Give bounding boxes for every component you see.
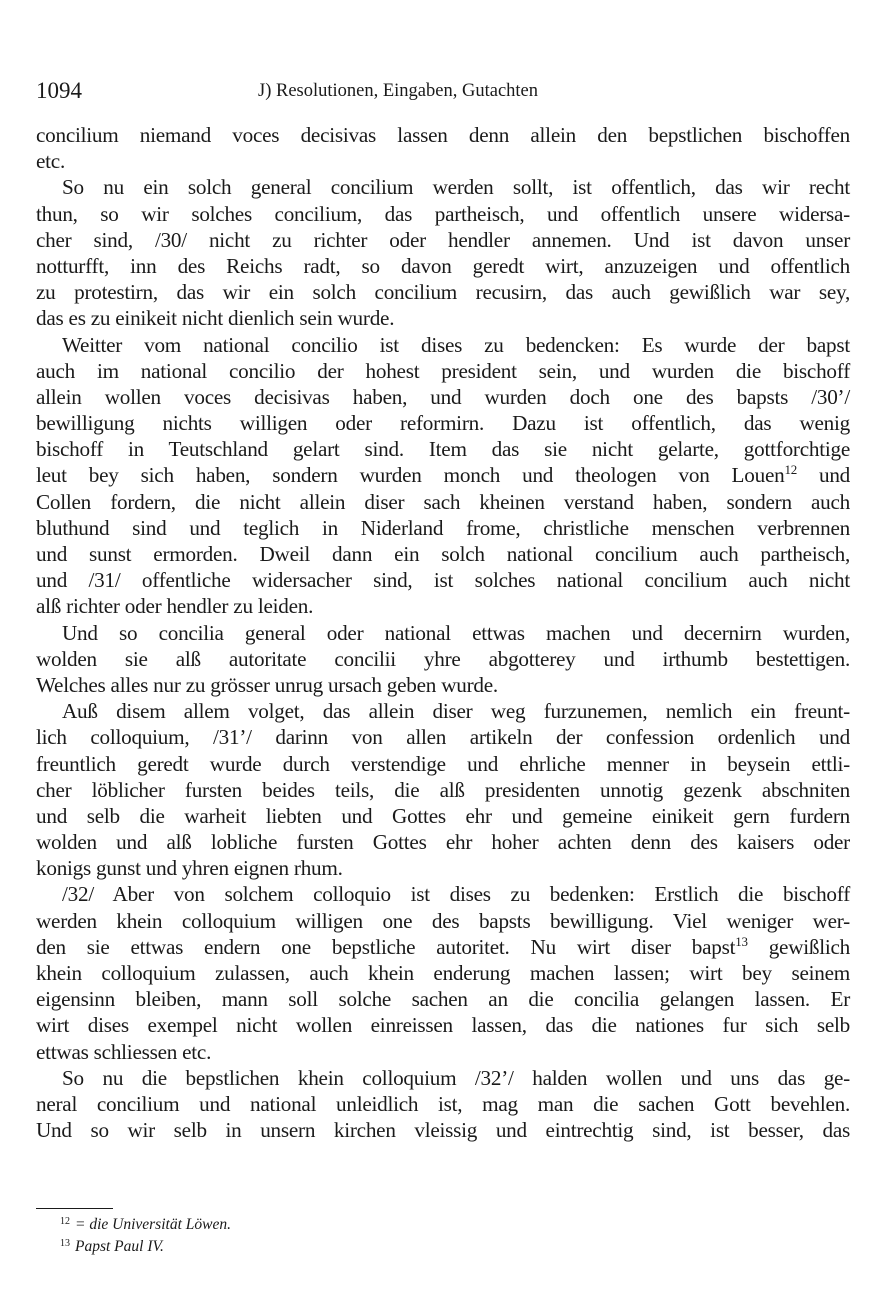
- text-line: leut bey sich haben, sondern wurden monc…: [36, 462, 850, 488]
- text-line: bewilligung nichts willigen oder reformi…: [36, 410, 850, 436]
- text-line: thun, so wir solches concilium, das part…: [36, 201, 850, 227]
- line-text: und /31/ offentliche widersacher sind, i…: [36, 568, 850, 592]
- text-line: Collen fordern, die nicht allein diser s…: [36, 489, 850, 515]
- line-text-after: gewißlich: [748, 935, 850, 959]
- line-text: Collen fordern, die nicht allein diser s…: [36, 490, 850, 514]
- line-text: So nu die bepstlichen khein colloquium /…: [62, 1066, 850, 1090]
- text-line: Auß disem allem volget, das allein diser…: [36, 698, 850, 724]
- text-line: eigensinn bleiben, mann soll solche sach…: [36, 986, 850, 1012]
- text-line: concilium niemand voces decisivas lassen…: [36, 122, 850, 148]
- running-head: 1094 J) Resolutionen, Eingaben, Gutachte…: [36, 78, 856, 106]
- text-line: zu protestirn, das wir ein solch concili…: [36, 279, 850, 305]
- text-line: wirt dises exempel nicht wollen einreiss…: [36, 1012, 850, 1038]
- line-text: das es zu einikeit nicht dienlich sein w…: [36, 306, 394, 330]
- text-line: Welches alles nur zu grösser unrug ursac…: [36, 672, 850, 698]
- line-text: etc.: [36, 149, 65, 173]
- footnote-mark: 12: [60, 1216, 70, 1227]
- body-text: concilium niemand voces decisivas lassen…: [36, 122, 850, 1143]
- text-line: bischoff in Teutschland gelart sind. Ite…: [36, 436, 850, 462]
- line-text: konigs gunst und yhren eignen rhum.: [36, 856, 343, 880]
- text-line: Und so concilia general oder national et…: [36, 620, 850, 646]
- line-text: auch im national concilio der hohest pre…: [36, 359, 850, 383]
- line-text: alß richter oder hendler zu leiden.: [36, 594, 313, 618]
- footnote-reference: 12: [784, 462, 797, 477]
- text-line: werden khein colloquium willigen one des…: [36, 908, 850, 934]
- footnote: 12= die Universität Löwen.: [60, 1212, 231, 1234]
- document-page: 1094 J) Resolutionen, Eingaben, Gutachte…: [0, 0, 891, 1300]
- text-line: allein wollen voces decisivas haben, und…: [36, 384, 850, 410]
- line-text: wolden sie alß autoritate concilii yhre …: [36, 647, 850, 671]
- footnote-mark: 13: [60, 1238, 70, 1249]
- line-text: wirt dises exempel nicht wollen einreiss…: [36, 1013, 850, 1037]
- line-text: notturfft, inn des Reichs radt, so davon…: [36, 254, 850, 278]
- text-line: neral concilium und national unleidlich …: [36, 1091, 850, 1117]
- line-text: wolden und alß lobliche fursten Gottes e…: [36, 830, 850, 854]
- line-text: So nu ein solch general concilium werden…: [62, 175, 850, 199]
- line-text: Welches alles nur zu grösser unrug ursac…: [36, 673, 498, 697]
- text-line: alß richter oder hendler zu leiden.: [36, 593, 850, 619]
- line-text: eigensinn bleiben, mann soll solche sach…: [36, 987, 850, 1011]
- page-number: 1094: [36, 78, 82, 104]
- running-title: J) Resolutionen, Eingaben, Gutachten: [258, 81, 538, 102]
- footnote-reference: 13: [735, 934, 748, 949]
- text-line: lich colloquium, /31’/ darinn von allen …: [36, 724, 850, 750]
- line-text: werden khein colloquium willigen one des…: [36, 909, 850, 933]
- line-text: allein wollen voces decisivas haben, und…: [36, 385, 850, 409]
- line-text: concilium niemand voces decisivas lassen…: [36, 123, 850, 147]
- text-line: wolden sie alß autoritate concilii yhre …: [36, 646, 850, 672]
- text-line: bluthund sind und teglich in Niderland f…: [36, 515, 850, 541]
- line-text: neral concilium und national unleidlich …: [36, 1092, 850, 1116]
- line-text: ettwas schliessen etc.: [36, 1040, 211, 1064]
- text-line: So nu die bepstlichen khein colloquium /…: [36, 1065, 850, 1091]
- line-text: /32/ Aber von solchem colloquio ist dise…: [62, 882, 850, 906]
- line-text: bluthund sind und teglich in Niderland f…: [36, 516, 850, 540]
- text-line: Weitter vom national concilio ist dises …: [36, 332, 850, 358]
- line-text: Auß disem allem volget, das allein diser…: [62, 699, 850, 723]
- text-line: freuntlich geredt wurde durch verstendig…: [36, 751, 850, 777]
- text-line: ettwas schliessen etc.: [36, 1039, 850, 1065]
- footnote-text: = die Universität Löwen.: [75, 1216, 231, 1233]
- text-line: cher sind, /30/ nicht zu richter oder he…: [36, 227, 850, 253]
- text-line: notturfft, inn des Reichs radt, so davon…: [36, 253, 850, 279]
- text-line: den sie ettwas endern one bepstliche aut…: [36, 934, 850, 960]
- footnote-text: Papst Paul IV.: [75, 1238, 164, 1255]
- text-line: das es zu einikeit nicht dienlich sein w…: [36, 305, 850, 331]
- line-text: lich colloquium, /31’/ darinn von allen …: [36, 725, 850, 749]
- line-text: cher sind, /30/ nicht zu richter oder he…: [36, 228, 850, 252]
- text-line: cher löblicher fursten beides teils, die…: [36, 777, 850, 803]
- line-text: bewilligung nichts willigen oder reformi…: [36, 411, 850, 435]
- text-line: konigs gunst und yhren eignen rhum.: [36, 855, 850, 881]
- text-line: khein colloquium zulassen, auch khein en…: [36, 960, 850, 986]
- line-text: bischoff in Teutschland gelart sind. Ite…: [36, 437, 850, 461]
- text-line: und selb die warheit liebten und Gottes …: [36, 803, 850, 829]
- footnote: 13Papst Paul IV.: [60, 1234, 231, 1256]
- line-text: den sie ettwas endern one bepstliche aut…: [36, 935, 735, 959]
- text-line: und sunst ermorden. Dweil dann ein solch…: [36, 541, 850, 567]
- text-line: wolden und alß lobliche fursten Gottes e…: [36, 829, 850, 855]
- text-line: auch im national concilio der hohest pre…: [36, 358, 850, 384]
- line-text: freuntlich geredt wurde durch verstendig…: [36, 752, 850, 776]
- text-line: und /31/ offentliche widersacher sind, i…: [36, 567, 850, 593]
- text-line: /32/ Aber von solchem colloquio ist dise…: [36, 881, 850, 907]
- line-text: thun, so wir solches concilium, das part…: [36, 202, 850, 226]
- footnote-divider: [36, 1208, 113, 1209]
- text-line: So nu ein solch general concilium werden…: [36, 174, 850, 200]
- line-text: leut bey sich haben, sondern wurden monc…: [36, 463, 784, 487]
- text-line: Und so wir selb in unsern kirchen vleiss…: [36, 1117, 850, 1143]
- line-text: Und so wir selb in unsern kirchen vleiss…: [36, 1118, 850, 1142]
- line-text: zu protestirn, das wir ein solch concili…: [36, 280, 850, 304]
- line-text: khein colloquium zulassen, auch khein en…: [36, 961, 850, 985]
- text-line: etc.: [36, 148, 850, 174]
- line-text-after: und: [797, 463, 850, 487]
- line-text: und sunst ermorden. Dweil dann ein solch…: [36, 542, 850, 566]
- line-text: cher löblicher fursten beides teils, die…: [36, 778, 850, 802]
- line-text: Weitter vom national concilio ist dises …: [62, 333, 850, 357]
- line-text: Und so concilia general oder national et…: [62, 621, 850, 645]
- footnotes: 12= die Universität Löwen.13Papst Paul I…: [60, 1212, 231, 1256]
- line-text: und selb die warheit liebten und Gottes …: [36, 804, 850, 828]
